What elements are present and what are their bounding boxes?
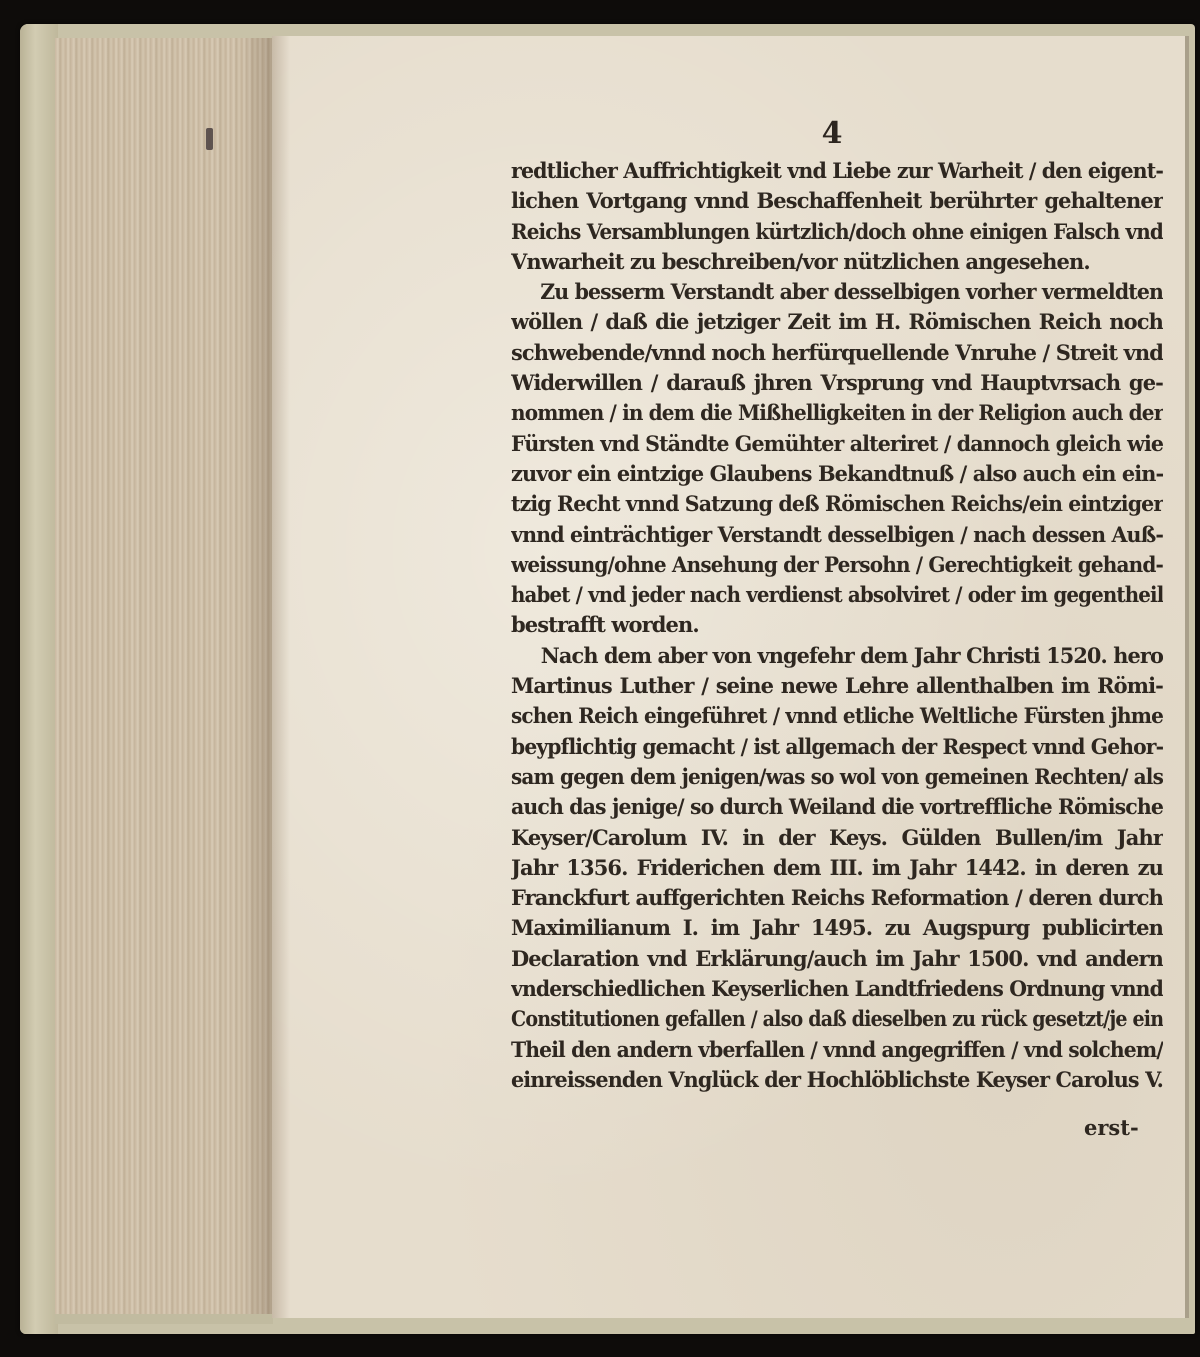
text-line: Maximilianum I. im Jahr 1495. zu Augspur… — [511, 913, 1163, 943]
catchword: erst- — [1084, 1115, 1139, 1140]
text-line: Franckfurt auffgerichten Reichs Reformat… — [511, 883, 1163, 913]
paragraph-2: Zu besserm Verstandt aber desselbigen vo… — [511, 277, 1163, 641]
text-line: lichen Vortgang vnnd Beschaffenheit berü… — [511, 186, 1163, 216]
page-gutter-shadow — [272, 36, 290, 1318]
text-line: nommen / in dem die Mißhelligkeiten in d… — [511, 398, 1163, 428]
page-number: 4 — [501, 112, 1163, 156]
text-line: wöllen / daß die jetziger Zeit im H. Röm… — [511, 307, 1163, 337]
text-line: Constitutionen gefallen / also daß diese… — [511, 1004, 1163, 1034]
page-text-block: 4 redtlicher Auffrichtigkeit vnd Liebe z… — [511, 112, 1163, 1095]
book-scan: 4 redtlicher Auffrichtigkeit vnd Liebe z… — [0, 0, 1200, 1357]
text-line: habet / vnd jeder nach verdienst absolvi… — [511, 580, 1163, 610]
text-line: vnnd einträchtiger Verstandt desselbigen… — [511, 520, 1163, 550]
book-cover-spine-edge — [20, 24, 58, 1334]
text-line: beypflichtig gemacht / ist allgemach der… — [511, 732, 1163, 762]
text-line: einreissenden Vnglück der Hochlöblichste… — [511, 1065, 1163, 1095]
text-line: Reichs Versamblungen kürtzlich/doch ohne… — [511, 217, 1163, 247]
text-line: sam gegen dem jenigen/was so wol von gem… — [511, 762, 1163, 792]
text-line: vnderschiedlichen Keyserlichen Landtfrie… — [511, 974, 1163, 1004]
text-line: redtlicher Auffrichtigkeit vnd Liebe zur… — [511, 156, 1163, 186]
text-line: Theil den andern vberfallen / vnnd angeg… — [511, 1035, 1163, 1065]
text-line: Fürsten vnd Ständte Gemühter alteriret /… — [511, 429, 1163, 459]
text-line: Nach dem aber von vngefehr dem Jahr Chri… — [511, 641, 1163, 671]
text-line: Declaration vnd Erklärung/auch im Jahr 1… — [511, 944, 1163, 974]
text-line: Martinus Luther / seine newe Lehre allen… — [511, 671, 1163, 701]
page-block-shadow — [55, 38, 273, 1314]
text-line: auch das jenige/ so durch Weiland die vo… — [511, 792, 1163, 822]
paragraph-1: redtlicher Auffrichtigkeit vnd Liebe zur… — [511, 156, 1163, 277]
text-line: Vnwarheit zu beschreiben/vor nützlichen … — [511, 247, 1163, 277]
text-line: Keyser/Carolum IV. in der Keys. Gülden B… — [511, 823, 1163, 853]
text-line: schwebende/vnnd noch herfürquellende Vnr… — [511, 338, 1163, 368]
text-line: Zu besserm Verstandt aber desselbigen vo… — [511, 277, 1163, 307]
page-right-edge — [1185, 36, 1189, 1318]
text-line: tzig Recht vnnd Satzung deß Römischen Re… — [511, 489, 1163, 519]
text-line: Widerwillen / darauß jhren Vrsprung vnd … — [511, 368, 1163, 398]
text-line: Jahr 1356. Friderichen dem III. im Jahr … — [511, 853, 1163, 883]
text-line: zuvor ein eintzige Glaubens Bekandtnuß /… — [511, 459, 1163, 489]
text-line: schen Reich eingeführet / vnnd etliche W… — [511, 701, 1163, 731]
text-line: weissung/ohne Ansehung der Persohn / Ger… — [511, 550, 1163, 580]
text-line: bestrafft worden. — [511, 610, 1163, 640]
paragraph-3: Nach dem aber von vngefehr dem Jahr Chri… — [511, 641, 1163, 1095]
ink-stain — [206, 128, 213, 150]
